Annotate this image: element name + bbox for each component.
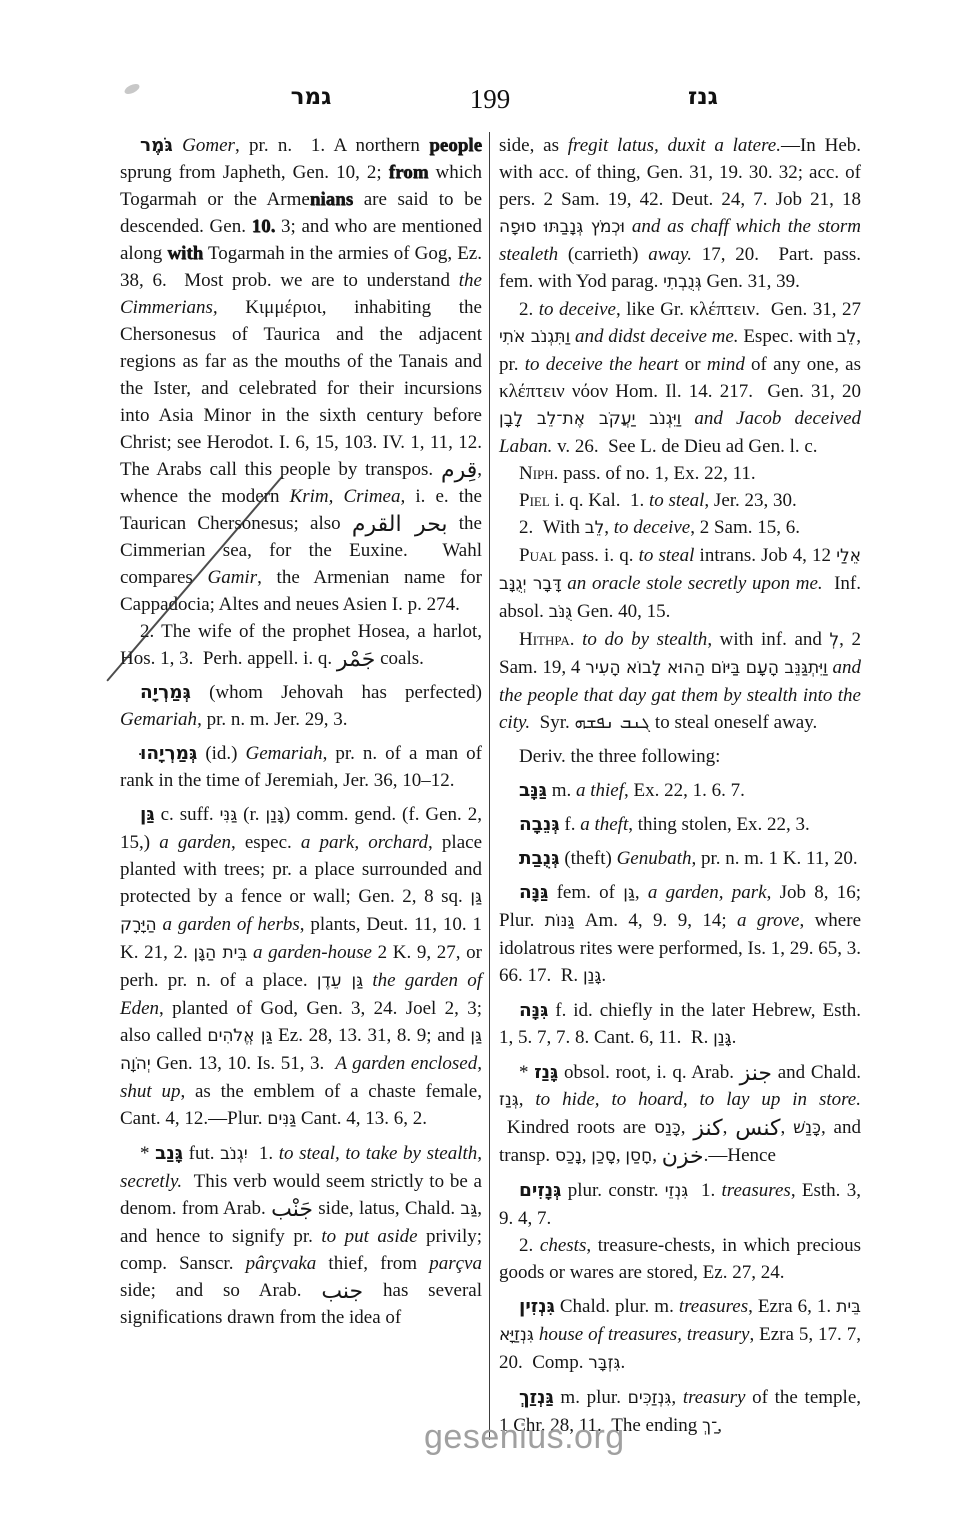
arab-text: جنب: [321, 1279, 363, 1304]
i-text: to steal: [649, 490, 704, 511]
page-number: 199: [425, 84, 555, 115]
heb-text: גְּנֻבְתִי: [663, 272, 702, 292]
i-text: a garden of herbs: [162, 914, 299, 935]
i-text: a garden-house: [253, 942, 372, 963]
heb-text: וַיִּתְגַּנֵּב הָעָם בַּיּוֹם הַהוּא לָב…: [585, 658, 827, 678]
i-text: chests: [540, 1235, 586, 1256]
heb-text: גָּנַן: [713, 1028, 731, 1048]
ganab-hithpa: Hithpa. to do by stealth, with inf. and …: [499, 626, 861, 736]
i-text: to hide, to hoard, to lay up in store.: [535, 1089, 861, 1110]
hebb-text: גְּמַרְיָה: [140, 682, 191, 703]
heb-text: וַתִּגְנֹב אֹתִי: [499, 327, 570, 347]
syr-text: ܓܢܒ ܢܦܫܗ: [575, 712, 651, 733]
arab-text: جَمْر: [337, 647, 375, 672]
heb-text: כָּנַשׁ: [793, 1118, 821, 1138]
entry-genubath: גְּנֻבַת (theft) Genubath, pr. n. m. 1 K…: [499, 845, 861, 872]
entry-ginnah: גִּנָּה f. id. chiefly in the later Hebr…: [499, 997, 861, 1052]
heb-text: גַּנִּים: [267, 1109, 296, 1129]
i-text: Gemariah: [246, 743, 323, 764]
ink-text: nians: [310, 189, 353, 210]
page-header: גמר 199 גנז: [0, 84, 980, 118]
hebb-text: גַּן: [140, 804, 155, 825]
i-text: a garden, park: [648, 882, 767, 903]
heb-text: לֵב: [837, 327, 857, 347]
hebb-text: גְּנֻבַת: [519, 848, 560, 869]
heb-text: גָּנַן: [266, 805, 284, 825]
entry-ginzin: גִּנְזִין Chald. plur. m. treasures, Ezr…: [499, 1293, 861, 1377]
lexicon-page: גמר 199 גנז גֹּמֶר Gomer, pr. n. 1. A no…: [0, 0, 980, 1525]
heb-text: גַּב: [460, 1199, 477, 1219]
entry-gannab: גַּנָּב m. a thief, Ex. 22, 1. 6. 7.: [499, 777, 861, 804]
i-text: the Cimmerians,: [120, 270, 482, 318]
i-text: the garden of Eden: [120, 970, 482, 1019]
sc-text: Niph.: [519, 463, 558, 484]
i-text: A garden enclosed, shut up: [120, 1053, 482, 1102]
i-text: pârçvaka: [246, 1253, 317, 1274]
genazim-sense-2: 2. chests, treasure-chests, in which pre…: [499, 1232, 861, 1286]
hebb-text: גַּנְזַךְ: [519, 1387, 554, 1408]
hebb-text: גֹּמֶר: [140, 135, 173, 156]
heb-text: יִגְנֹב: [220, 1144, 247, 1164]
entry-ganaz: * גָּנַז obsol. root, i. q. Arab. جنز an…: [499, 1059, 861, 1170]
left-column: גֹּמֶר Gomer, pr. n. 1. A northern peopl…: [120, 132, 489, 1440]
arab-text: جَنْب: [271, 1197, 313, 1222]
entry-gannah: גַּנָּה fem. of גַּן, a garden, park, Jo…: [499, 879, 861, 990]
ganab-pual: Pual pass. i. q. to steal intrans. Job 4…: [499, 542, 861, 626]
heb-text: סָכַן: [591, 1146, 616, 1166]
arab-text: خزن: [662, 1144, 704, 1169]
ink-text: with: [167, 243, 203, 264]
gomer-sense-2: 2. The wife of the prophet Hosea, a harl…: [120, 618, 482, 672]
hebb-text: גִּנָּה: [519, 1000, 548, 1021]
i-text: mind: [707, 354, 745, 375]
hebb-text: גָּנַז: [534, 1062, 558, 1083]
heb-text: גִּנְזֵי: [665, 1181, 689, 1201]
heb-text: גַּן עֵדֶן: [317, 971, 363, 991]
i-text: Gemariah: [120, 709, 197, 730]
ganab-sense-2: 2. to deceive, like Gr. κλέπτειν. Gen. 3…: [499, 296, 861, 460]
heb-text: כָּנַס: [654, 1118, 681, 1138]
i-text: a theft: [580, 814, 628, 835]
i-text: Genubath: [617, 848, 692, 869]
i-text: to steal: [639, 545, 695, 566]
i-text: fregit latus, duxit a latere.: [568, 135, 781, 156]
i-text: Gomer: [182, 135, 235, 156]
heb-text: גְּנַז: [499, 1090, 519, 1110]
heb-text: וַיִּגְנֹב יַעֲקֹב אֶת־לֵב לָבָן: [499, 409, 681, 429]
arab-text: كنس: [735, 1116, 780, 1141]
heb-text: וּכְמֹץ גְּנָבַתּוּ סוּפָה: [499, 217, 625, 237]
ink-text: people: [429, 135, 482, 156]
hebb-text: גַּנָּב: [519, 780, 547, 801]
arab-text: قِرم: [441, 458, 477, 483]
heb-text: גִּנְזַכִּים: [628, 1388, 672, 1408]
hebb-text: גָּנַב: [155, 1143, 183, 1164]
heb-text: נָכַס: [555, 1146, 582, 1166]
i-text: treasures: [722, 1180, 791, 1201]
entry-genebah: גְּנֵבָה f. a theft, thing stolen, Ex. 2…: [499, 811, 861, 838]
arab-text: كنز: [693, 1116, 722, 1141]
heb-text: גַּן: [623, 883, 635, 903]
hebb-text: גְּנָזִים: [519, 1180, 561, 1201]
arab-text: بحر القرم: [352, 512, 448, 537]
entry-gemariah-2: גְּמַרְיָהוּ (id.) Gemariah, pr. n. of a…: [120, 740, 482, 794]
i-text: to deceive: [539, 299, 616, 320]
ganab-continued: side, as fregit latus, duxit a latere.—I…: [499, 132, 861, 296]
i-text: to deceive: [614, 517, 690, 538]
entry-ganab: * גָּנַב fut. יִגְנֹב 1. to steal, to ta…: [120, 1140, 482, 1331]
sc-text: Hithpa.: [519, 629, 575, 650]
hebb-text: גַּנָּה: [519, 882, 548, 903]
i-text: to do by stealth: [582, 629, 707, 650]
i-text: to put aside: [321, 1226, 417, 1247]
i-text: treasures: [679, 1296, 748, 1317]
i-text: a grove: [737, 910, 799, 931]
i-text: away.: [648, 244, 692, 265]
heb-text: גַּן אֱלֹהִים: [207, 1026, 272, 1046]
i-text: parçva: [429, 1253, 482, 1274]
heb-text: בֵּית הַגָּן: [193, 943, 247, 963]
i-text: to deceive the heart: [525, 354, 679, 375]
hebb-text: גְּנֵבָה: [519, 814, 560, 835]
entry-genazim: גְּנָזִים plur. constr. גִּנְזֵי 1. trea…: [499, 1177, 861, 1232]
text-block: גֹּמֶר Gomer, pr. n. 1. A northern peopl…: [120, 132, 862, 1440]
i-text: treasury: [683, 1387, 746, 1408]
entry-gan: גַּן c. suff. גַּנִּי (r. גָּנַן) comm. …: [120, 801, 482, 1133]
heb-text: לֵב: [585, 518, 605, 538]
heb-text: גִּזְבָּר: [588, 1353, 620, 1373]
sc-text: Pual: [519, 545, 556, 566]
i-text: Krim, Crimea,: [290, 486, 406, 507]
heb-text: גָּנַן: [583, 966, 601, 986]
arab-text: جنز: [740, 1061, 772, 1086]
hebb-text: גְּמַרְיָהוּ: [140, 743, 197, 764]
i-text: an oracle stole secretly upon me.: [567, 573, 822, 594]
heb-text: ־ַךְ: [702, 1416, 717, 1436]
i-text: house of treasures, treasury: [539, 1324, 750, 1345]
ganab-piel: Piel i. q. Kal. 1. to steal, Jer. 23, 30…: [499, 487, 861, 514]
heb-text: גַּנִּי: [220, 805, 238, 825]
i-text: and didst deceive me.: [575, 326, 739, 347]
entry-gomer: גֹּמֶר Gomer, pr. n. 1. A northern peopl…: [120, 132, 482, 618]
ink-text: from: [389, 162, 429, 183]
hebb-text: גִּנְזִין: [519, 1296, 555, 1317]
heb-text: גַּנּוֹת: [545, 911, 575, 931]
ganab-niph: Niph. pass. of no. 1, Ex. 22, 11.: [499, 460, 861, 487]
sc-text: Piel: [519, 490, 550, 511]
deriv-note: Deriv. the three following:: [499, 743, 861, 770]
catchword-right: גנז: [638, 84, 768, 110]
heb-text: לְ: [830, 630, 840, 650]
heb-text: חָסַן: [625, 1146, 652, 1166]
watermark: gesenius.org: [424, 1418, 625, 1457]
catchword-left: גמר: [246, 84, 376, 110]
i-text: a garden: [159, 832, 231, 853]
right-column: side, as fregit latus, duxit a latere.—I…: [490, 132, 861, 1440]
i-text: a park, orchard: [301, 832, 428, 853]
ink-text: 10.: [252, 216, 276, 237]
heb-text: גֻּנֹּב: [549, 602, 573, 622]
ganab-piel-2: 2. With לֵב, to deceive, 2 Sam. 15, 6.: [499, 514, 861, 542]
entry-gemariah-1: גְּמַרְיָה (whom Jehovah has perfected) …: [120, 679, 482, 733]
i-text: a thief: [576, 780, 624, 801]
i-text: Gamir: [207, 567, 257, 588]
